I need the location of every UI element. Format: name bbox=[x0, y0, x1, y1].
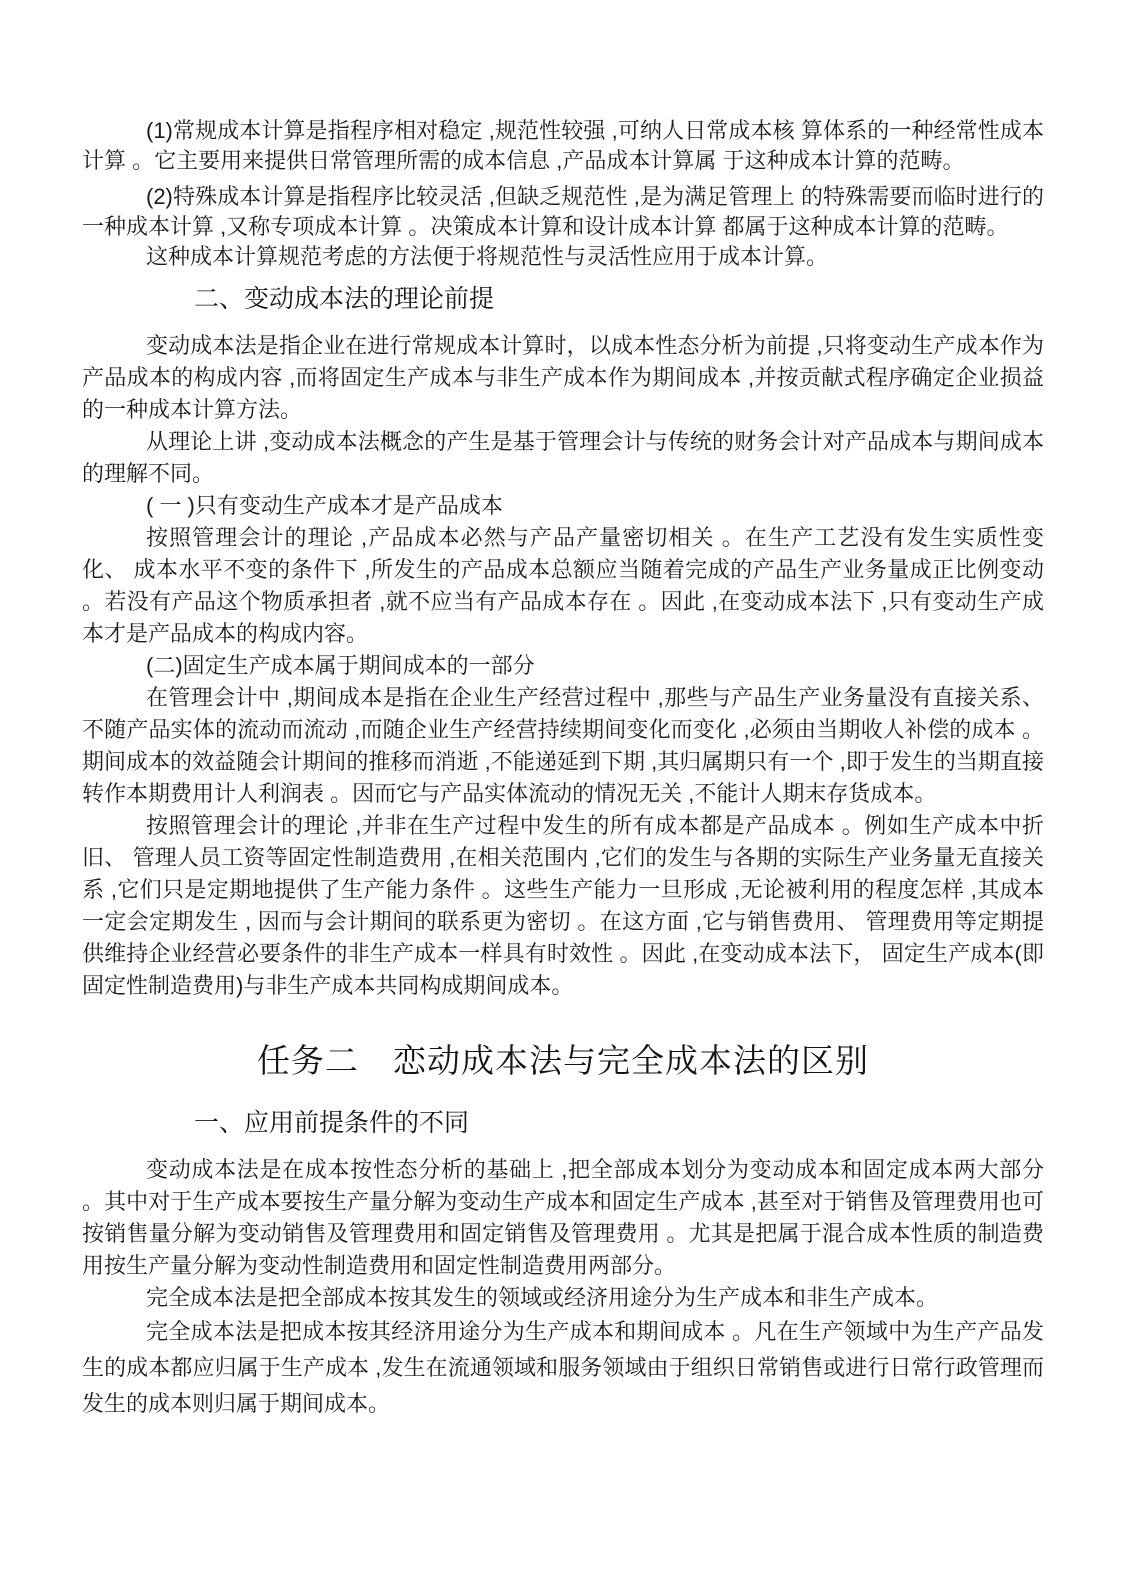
section-variable-costing-theory: 变动成本法是指企业在进行常规成本计算时，以成本性态分析为前提 ,只将变动生产成本… bbox=[82, 330, 1044, 1002]
paragraph-fixed-manufacturing-overhead: 按照管理会计的理论 ,并非在生产过程中发生的所有成本都是产品成本 。例如生产成本… bbox=[82, 810, 1044, 1002]
paragraph-variable-costing-definition: 变动成本法是指企业在进行常规成本计算时，以成本性态分析为前提 ,只将变动生产成本… bbox=[82, 330, 1044, 426]
paragraph-regular-cost-calc: (1)常规成本计算是指程序相对稳定 ,规范性较强 ,可纳人日常成本核 算体系的一… bbox=[82, 116, 1044, 176]
subheading-fixed-cost-is-period-cost: (二)固定生产成本属于期间成本的一部分 bbox=[82, 650, 1044, 682]
paragraph-full-costing-classification-2: 完全成本法是把成本按其经济用途分为生产成本和期间成本 。凡在生产领域中为生产产品… bbox=[82, 1314, 1044, 1422]
paragraph-period-cost-definition: 在管理会计中 ,期间成本是指在企业生产经营过程中 ,那些与产品生产业务量没有直接… bbox=[82, 682, 1044, 810]
section-cost-calculation-types: (1)常规成本计算是指程序相对稳定 ,规范性较强 ,可纳人日常成本核 算体系的一… bbox=[82, 116, 1044, 272]
paragraph-theory-origin: 从理论上讲 ,变动成本法概念的产生是基于管理会计与传统的财务会计对产品成本与期间… bbox=[82, 426, 1044, 490]
heading-variable-costing-theory: 二、变动成本法的理论前提 bbox=[82, 282, 1044, 316]
subheading-only-variable-production-cost: ( 一 )只有变动生产成本才是产品成本 bbox=[82, 490, 1044, 522]
paragraph-product-cost-relation: 按照管理会计的理论 ,产品成本必然与产品产量密切相关 。在生产工艺没有发生实质性… bbox=[82, 522, 1044, 650]
paragraph-full-costing-classification-1: 完全成本法是把全部成本按其发生的领域或经济用途分为生产成本和非生产成本。 bbox=[82, 1282, 1044, 1314]
heading-application-premise: 一、应用前提条件的不同 bbox=[82, 1106, 1044, 1140]
page-content: (1)常规成本计算是指程序相对稳定 ,规范性较强 ,可纳人日常成本核 算体系的一… bbox=[0, 0, 1128, 1422]
paragraph-cost-calc-note: 这种成本计算规范考虑的方法便于将规范性与灵活性应用于成本计算。 bbox=[82, 242, 1044, 272]
paragraph-variable-costing-classification: 变动成本法是在成本按性态分析的基础上 ,把全部成本划分为变动成本和固定成本两大部… bbox=[82, 1154, 1044, 1282]
document-page: (1)常规成本计算是指程序相对稳定 ,规范性较强 ,可纳人日常成本核 算体系的一… bbox=[0, 0, 1128, 1570]
task2-title: 任务二 恋动成本法与完全成本法的区别 bbox=[82, 1038, 1044, 1084]
section-application-premise: 变动成本法是在成本按性态分析的基础上 ,把全部成本划分为变动成本和固定成本两大部… bbox=[82, 1154, 1044, 1422]
paragraph-special-cost-calc: (2)特殊成本计算是指程序比较灵活 ,但缺乏规范性 ,是为满足管理上 的特殊需要… bbox=[82, 182, 1044, 242]
